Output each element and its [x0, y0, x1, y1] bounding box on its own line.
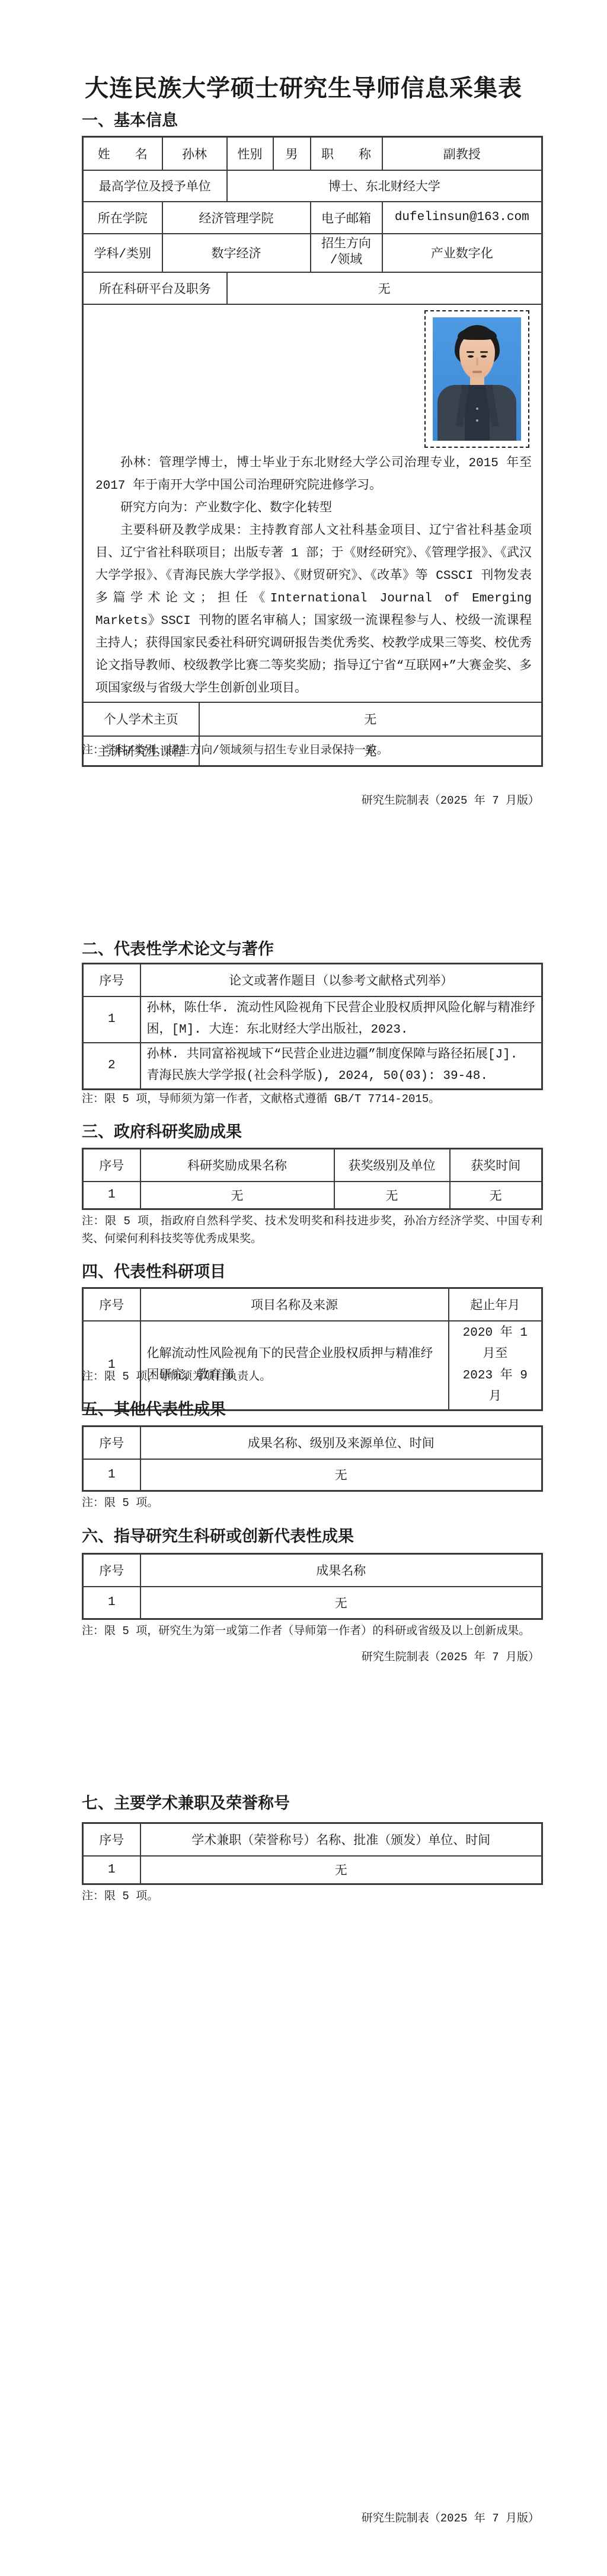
table-row: 个人学术主页 无	[83, 702, 542, 736]
table-row: 1 化解流动性风险视角下的民营企业股权质押与精准纾困研究，教育部 2020 年 …	[83, 1321, 542, 1410]
student-achievement-row-no: 1	[83, 1587, 140, 1619]
projects-table: 序号 项目名称及来源 起止年月 1 化解流动性风险视角下的民营企业股权质押与精准…	[82, 1287, 543, 1411]
other-achievement-row-name: 无	[140, 1459, 542, 1491]
bio-paragraph-1: 孙林：管理学博士，博士毕业于东北财经大学公司治理专业，2015 年至 2017 …	[95, 453, 532, 498]
table-header-row: 序号 成果名称、级别及来源单位、时间	[83, 1426, 542, 1459]
prof-title-label: 职 称	[311, 137, 382, 170]
table-row: 最高学位及授予单位 博士、东北财经大学	[83, 170, 542, 202]
table-row: 所在科研平台及职务 无	[83, 272, 542, 304]
bio-paragraph-2: 研究方向为：产业数字化、数字化转型	[95, 498, 532, 520]
photo-eye-right	[481, 355, 487, 358]
gender-value: 男	[273, 137, 311, 170]
section-heading-projects: 四、代表性科研项目	[82, 1262, 556, 1282]
gender-label: 性别	[227, 137, 273, 170]
basic-info-table: 姓 名 孙林 性别 男 职 称 副教授 最高学位及授予单位 博士、东北财经大学 …	[82, 136, 543, 767]
degree-value: 博士、东北财经大学	[227, 170, 542, 202]
photo-fringe	[458, 328, 497, 340]
section-heading-gov-awards: 三、政府科研奖励成果	[82, 1122, 556, 1142]
table-row: 孙林：管理学博士，博士毕业于东北财经大学公司治理专业，2015 年至 2017 …	[83, 304, 542, 702]
other-achievement-row-no: 1	[83, 1459, 140, 1491]
bio-paragraph-3: 主要科研及教学成果：主持教育部人文社科基金项目、辽宁省社科基金项目、辽宁省社科联…	[95, 520, 532, 700]
note-gov-awards: 注：限 5 项，指政府自然科学奖、技术发明奖和科技进步奖，孙冶方经济学奖、中国专…	[82, 1212, 542, 1248]
table-row: 1 无	[83, 1856, 542, 1884]
name-value: 孙林	[162, 137, 227, 170]
project-row-no: 1	[83, 1321, 140, 1410]
gov-award-row-level: 无	[334, 1182, 450, 1209]
gov-awards-table: 序号 科研奖励成果名称 获奖级别及单位 获奖时间 1 无 无 无	[82, 1148, 543, 1210]
gov-awards-col-time: 获奖时间	[450, 1149, 542, 1182]
table-header-row: 序号 成果名称	[83, 1554, 542, 1587]
gov-awards-col-no: 序号	[83, 1149, 140, 1182]
email-value: dufelinsun@163.com	[382, 202, 542, 234]
bio-cell: 孙林：管理学博士，博士毕业于东北财经大学公司治理专业，2015 年至 2017 …	[83, 304, 542, 702]
table-row: 姓 名 孙林 性别 男 职 称 副教授	[83, 137, 542, 170]
projects-col-name: 项目名称及来源	[140, 1288, 449, 1321]
prof-title-value: 副教授	[382, 137, 542, 170]
section-heading-student-achievements: 六、指导研究生科研或创新代表性成果	[82, 1526, 556, 1546]
paper-row-text: 孙林. 共同富裕视域下“民营企业进边疆”制度保障与路径拓展[J]. 青海民族大学…	[140, 1043, 542, 1090]
bio-text: 孙林：管理学博士，博士毕业于东北财经大学公司治理专业，2015 年至 2017 …	[95, 453, 532, 700]
papers-table: 序号 论文或著作题目（以参考文献格式列举） 1 孙林，陈仕华. 流动性风险视角下…	[82, 963, 543, 1090]
table-header-row: 序号 科研奖励成果名称 获奖级别及单位 获奖时间	[83, 1149, 542, 1182]
student-achievements-table: 序号 成果名称 1 无	[82, 1553, 543, 1620]
form-footer-3: 研究生院制表（2025 年 7 月版）	[82, 2511, 539, 2526]
project-row-name: 化解流动性风险视角下的民营企业股权质押与精准纾困研究，教育部	[140, 1321, 449, 1410]
table-row: 1 孙林，陈仕华. 流动性风险视角下民营企业股权质押风险化解与精准纾困，[M].…	[83, 996, 542, 1043]
honor-row-no: 1	[83, 1856, 140, 1884]
homepage-value: 无	[199, 702, 542, 736]
section-heading-papers: 二、代表性学术论文与著作	[82, 939, 556, 959]
page-title: 大连民族大学硕士研究生导师信息采集表	[0, 75, 607, 102]
note-honors: 注：限 5 项。	[82, 1887, 542, 1905]
table-row: 1 无 无 无	[83, 1182, 542, 1209]
direction-value: 产业数字化	[382, 234, 542, 272]
honors-table: 序号 学术兼职（荣誉称号）名称、批准（颁发）单位、时间 1 无	[82, 1822, 543, 1885]
table-row: 学科/类别 数字经济 招生方向 /领域 产业数字化	[83, 234, 542, 272]
note-papers: 注：限 5 项，导师须为第一作者，文献格式遵循 GB/T 7714-2015。	[82, 1090, 542, 1108]
student-achievements-col-no: 序号	[83, 1554, 140, 1587]
project-period-line1: 2020 年 1 月至	[454, 1323, 537, 1365]
form-footer-2: 研究生院制表（2025 年 7 月版）	[82, 1650, 539, 1664]
note-student-achievements: 注：限 5 项，研究生为第一或第二作者（导师第一作者）的科研或省级及以上创新成果…	[82, 1622, 542, 1640]
table-row: 2 孙林. 共同富裕视域下“民营企业进边疆”制度保障与路径拓展[J]. 青海民族…	[83, 1043, 542, 1090]
table-header-row: 序号 项目名称及来源 起止年月	[83, 1288, 542, 1321]
degree-label: 最高学位及授予单位	[83, 170, 227, 202]
photo-brow-right	[480, 351, 488, 353]
college-label: 所在学院	[83, 202, 162, 234]
note-basic-info: 注：学科/类别、招生方向/领域须与招生专业目录保持一致。	[82, 741, 542, 759]
table-header-row: 序号 论文或著作题目（以参考文献格式列举）	[83, 964, 542, 996]
table-row: 1 无	[83, 1459, 542, 1491]
paper-row-text: 孙林，陈仕华. 流动性风险视角下民营企业股权质押风险化解与精准纾困，[M]. 大…	[140, 996, 542, 1043]
photo-frame	[424, 310, 529, 448]
honors-col-no: 序号	[83, 1823, 140, 1856]
papers-col-title: 论文或著作题目（以参考文献格式列举）	[140, 964, 542, 996]
photo-mouth	[472, 371, 482, 373]
note-projects: 注：限 5 项，导师须为项目负责人。	[82, 1368, 542, 1386]
projects-col-no: 序号	[83, 1288, 140, 1321]
photo-brow-left	[467, 351, 474, 353]
honors-col-name: 学术兼职（荣誉称号）名称、批准（颁发）单位、时间	[140, 1823, 542, 1856]
direction-label-line1: 招生方向	[316, 237, 377, 253]
gov-award-row-name: 无	[140, 1182, 334, 1209]
paper-row-no: 2	[83, 1043, 140, 1090]
projects-col-period: 起止年月	[449, 1288, 542, 1321]
project-row-period: 2020 年 1 月至 2023 年 9 月	[449, 1321, 542, 1410]
papers-col-no: 序号	[83, 964, 140, 996]
direction-label-line2: /领域	[316, 253, 377, 269]
gov-awards-col-name: 科研奖励成果名称	[140, 1149, 334, 1182]
platform-label: 所在科研平台及职务	[83, 272, 227, 304]
table-row: 1 无	[83, 1587, 542, 1619]
honor-row-name: 无	[140, 1856, 542, 1884]
note-other-achievements: 注：限 5 项。	[82, 1494, 542, 1512]
discipline-label: 学科/类别	[83, 234, 162, 272]
id-photo	[433, 317, 521, 441]
paper-row-no: 1	[83, 996, 140, 1043]
name-label: 姓 名	[83, 137, 162, 170]
platform-value: 无	[227, 272, 542, 304]
other-achievements-col-name: 成果名称、级别及来源单位、时间	[140, 1426, 542, 1459]
gov-awards-col-level: 获奖级别及单位	[334, 1149, 450, 1182]
form-footer-1: 研究生院制表（2025 年 7 月版）	[82, 794, 539, 808]
photo-eye-left	[468, 355, 474, 358]
table-header-row: 序号 学术兼职（荣誉称号）名称、批准（颁发）单位、时间	[83, 1823, 542, 1856]
homepage-label: 个人学术主页	[83, 702, 199, 736]
other-achievements-table: 序号 成果名称、级别及来源单位、时间 1 无	[82, 1425, 543, 1492]
photo-button-2	[476, 419, 478, 422]
section-heading-other-achievements: 五、其他代表性成果	[82, 1399, 556, 1419]
other-achievements-col-no: 序号	[83, 1426, 140, 1459]
student-achievements-col-name: 成果名称	[140, 1554, 542, 1587]
photo-nose	[476, 358, 478, 366]
gov-award-row-time: 无	[450, 1182, 542, 1209]
student-achievement-row-name: 无	[140, 1587, 542, 1619]
section-heading-honors: 七、主要学术兼职及荣誉称号	[82, 1793, 556, 1813]
direction-label: 招生方向 /领域	[311, 234, 382, 272]
table-row: 所在学院 经济管理学院 电子邮箱 dufelinsun@163.com	[83, 202, 542, 234]
college-value: 经济管理学院	[162, 202, 311, 234]
section-heading-basic-info: 一、基本信息	[82, 110, 556, 130]
photo-button-1	[476, 407, 478, 410]
gov-award-row-no: 1	[83, 1182, 140, 1209]
email-label: 电子邮箱	[311, 202, 382, 234]
discipline-value: 数字经济	[162, 234, 311, 272]
